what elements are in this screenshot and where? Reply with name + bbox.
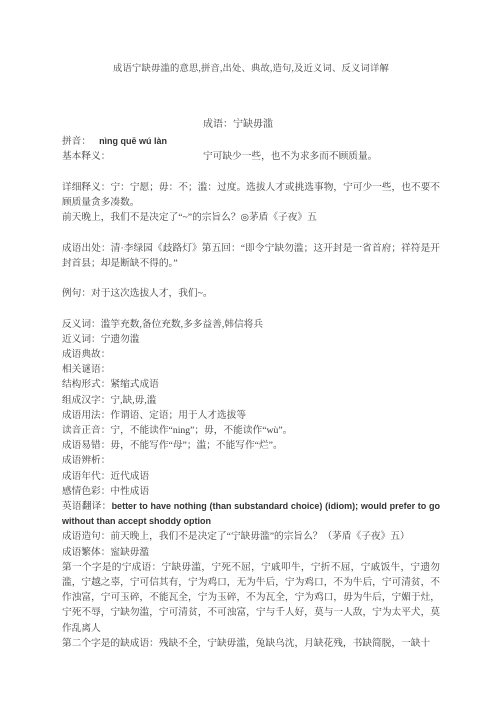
idiom-source: 成语出处：清·李绿园《歧路灯》第五回：“即令宁缺勿滥；这开封是一省首府；祥符是开… [62, 241, 440, 271]
spacer [62, 225, 440, 240]
spacer [62, 165, 440, 180]
english-translation-value: better to have nothing (than substandard… [62, 501, 440, 526]
pinyin-row: 拼音：nìng quē wú làn [62, 134, 440, 149]
first-char-idioms: 第一个字是的宁成语：宁缺毋滥，宁死不屈，宁戚叩牛，宁折不屈，宁戚饭牛，宁遗勿滥，… [62, 560, 440, 636]
document-title: 成语宁缺毋滥的意思,拼音,出处、典故,造句,及近义词、反义词详解 [62, 62, 440, 76]
sentiment-line: 感情色彩：中性成语 [62, 484, 440, 499]
synonyms-line: 近义词：宁遗勿滥 [62, 332, 440, 347]
discrimination-line: 成语辨析： [62, 453, 440, 468]
characters-line: 组成汉字：宁,缺,毋,滥 [62, 393, 440, 408]
detailed-definition-example: 前天晚上，我们不是决定了“~”的宗旨么？◎茅盾《子夜》五 [62, 210, 440, 225]
pinyin-value: nìng quē wú làn [99, 136, 167, 146]
antonyms-line: 反义词：滥竽充数,备位充数,多多益善,韩信将兵 [62, 317, 440, 332]
detailed-definition: 详细释义：宁：宁愿；毋：不；滥：过度。选拔人才或挑选事物，宁可少一些，也不要不顾… [62, 180, 440, 210]
english-translation-label: 英语翻译： [62, 501, 112, 512]
basic-definition-row: 基本释义：宁可缺少一些，也不为求多而不顾质量。 [62, 149, 440, 164]
spacer [62, 271, 440, 286]
traditional-form-line: 成语繁体：寍缺毋濫 [62, 545, 440, 560]
second-char-idioms: 第二个字是的缺成语：残缺不全，宁缺毋滥，兔缺乌沈，月缺花残，书缺简脱，一缺十 [62, 636, 440, 651]
pinyin-label: 拼音： [62, 136, 91, 147]
allusion-line: 成语典故： [62, 347, 440, 362]
idiom-heading: 成语：宁缺毋滥 [62, 117, 440, 132]
spacer [62, 301, 440, 316]
riddle-line: 相关谜语： [62, 362, 440, 377]
era-line: 成语年代：近代成语 [62, 469, 440, 484]
example-sentence: 例句：对于这次选拔人才，我们~。 [62, 286, 440, 301]
document-page: 成语宁缺毋滥的意思,拼音,出处、典故,造句,及近义词、反义词详解 成语：宁缺毋滥… [0, 0, 500, 707]
common-mistake-line: 成语易错：毋，不能写作“母”；滥；不能写作“烂”。 [62, 438, 440, 453]
basic-definition-value: 宁可缺少一些，也不为求多而不顾质量。 [203, 151, 377, 162]
basic-definition-label: 基本释义： [62, 149, 203, 164]
sentence-making-line: 成语造句：前天晚上，我们不是决定了“宁缺毋滥”的宗旨么？（茅盾《子夜》五） [62, 529, 440, 544]
usage-line: 成语用法：作谓语、定语；用于人才选拔等 [62, 408, 440, 423]
english-translation-row: 英语翻译：better to have nothing (than substa… [62, 499, 440, 529]
structure-line: 结构形式：紧缩式成语 [62, 377, 440, 392]
pronunciation-note-line: 读音正音：宁，不能读作“ning”；毋，不能读作“wù”。 [62, 423, 440, 438]
